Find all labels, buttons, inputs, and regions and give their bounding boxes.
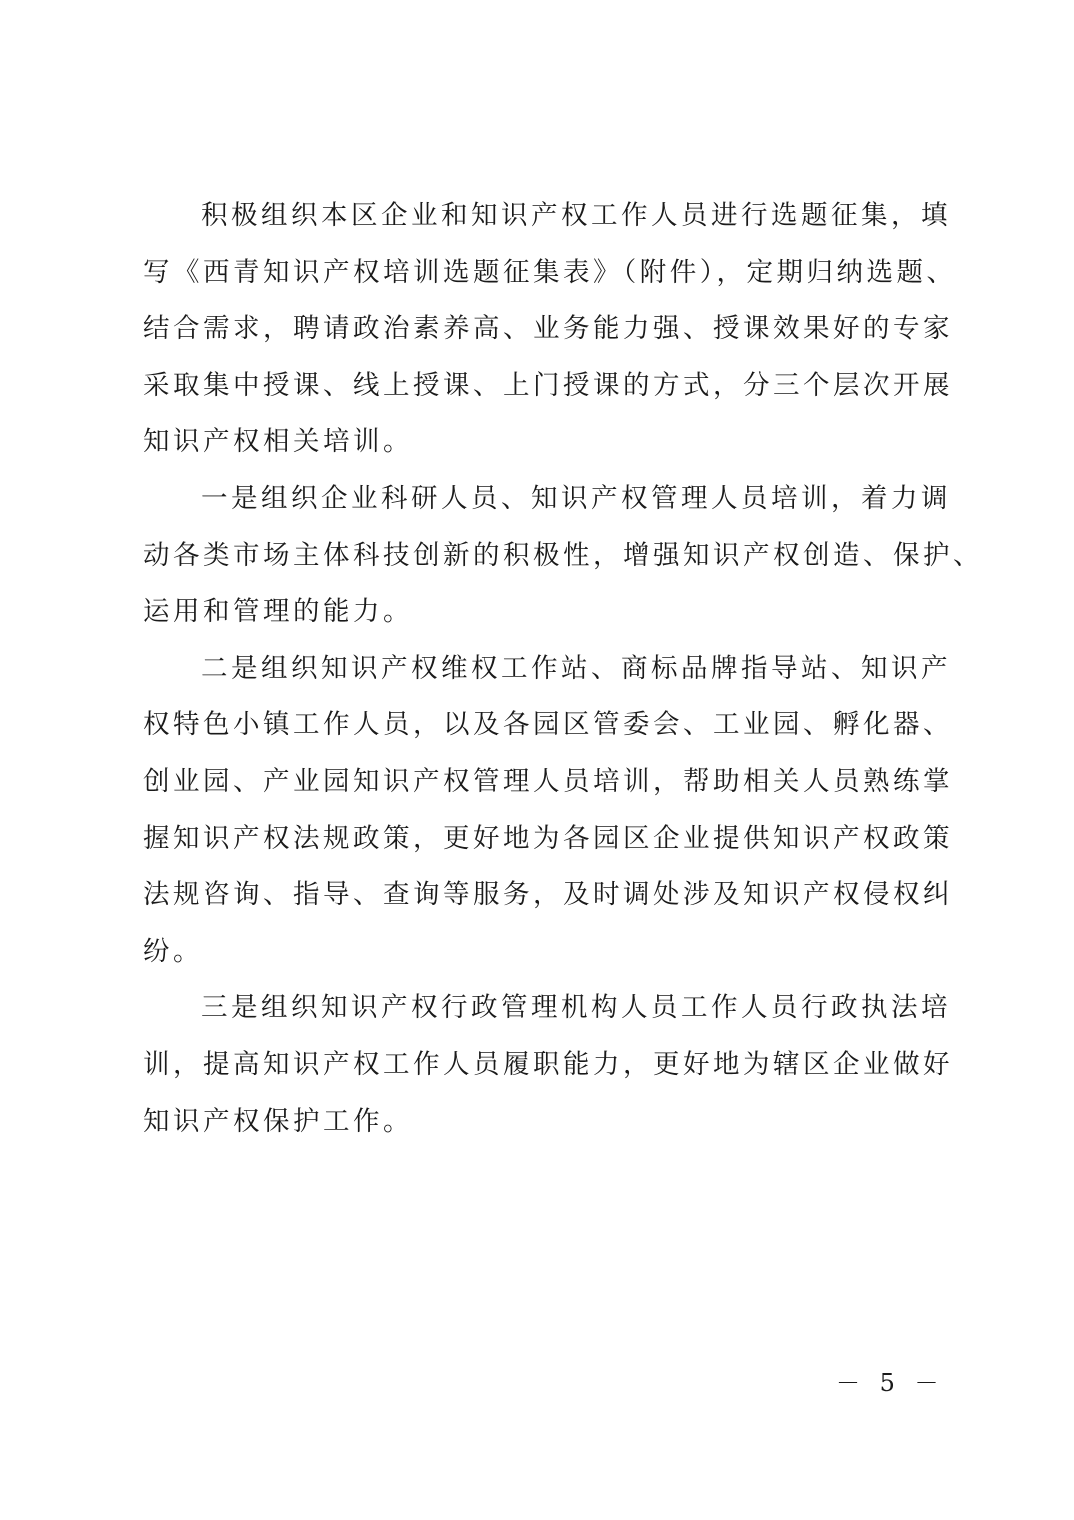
paragraph-third-level: 三是组织知识产权行政管理机构人员工作人员行政执法培 训，提高知识产权工作人员履职…: [143, 980, 933, 1150]
text-line: 二是组织知识产权维权工作站、商标品牌指导站、知识产: [143, 641, 933, 698]
text-line: 动各类市场主体科技创新的积极性，增强知识产权创造、保护、: [143, 528, 933, 585]
text-line: 采取集中授课、线上授课、上门授课的方式，分三个层次开展: [143, 358, 933, 415]
text-line: 握知识产权法规政策，更好地为各园区企业提供知识产权政策: [143, 811, 933, 868]
paragraph-intro: 积极组织本区企业和知识产权工作人员进行选题征集，填 写《西青知识产权培训选题征集…: [143, 188, 933, 471]
text-line: 创业园、产业园知识产权管理人员培训，帮助相关人员熟练掌: [143, 754, 933, 811]
text-line: 法规咨询、指导、查询等服务，及时调处涉及知识产权侵权纠: [143, 867, 933, 924]
document-page: 积极组织本区企业和知识产权工作人员进行选题征集，填 写《西青知识产权培训选题征集…: [0, 0, 1074, 1520]
text-line: 知识产权相关培训。: [143, 414, 933, 471]
paragraph-first-level: 一是组织企业科研人员、知识产权管理人员培训，着力调 动各类市场主体科技创新的积极…: [143, 471, 933, 641]
text-line: 结合需求，聘请政治素养高、业务能力强、授课效果好的专家: [143, 301, 933, 358]
text-line: 一是组织企业科研人员、知识产权管理人员培训，着力调: [143, 471, 933, 528]
text-line: 运用和管理的能力。: [143, 584, 933, 641]
text-line: 知识产权保护工作。: [143, 1094, 933, 1151]
page-number: － 5 －: [836, 1366, 945, 1400]
text-line: 写《西青知识产权培训选题征集表》（附件），定期归纳选题、: [143, 245, 933, 302]
text-line: 三是组织知识产权行政管理机构人员工作人员行政执法培: [143, 980, 933, 1037]
text-line: 训，提高知识产权工作人员履职能力，更好地为辖区企业做好: [143, 1037, 933, 1094]
text-line: 纷。: [143, 924, 933, 981]
text-line: 权特色小镇工作人员，以及各园区管委会、工业园、孵化器、: [143, 697, 933, 754]
text-line: 积极组织本区企业和知识产权工作人员进行选题征集，填: [143, 188, 933, 245]
paragraph-second-level: 二是组织知识产权维权工作站、商标品牌指导站、知识产 权特色小镇工作人员，以及各园…: [143, 641, 933, 981]
document-body: 积极组织本区企业和知识产权工作人员进行选题征集，填 写《西青知识产权培训选题征集…: [143, 188, 933, 1150]
